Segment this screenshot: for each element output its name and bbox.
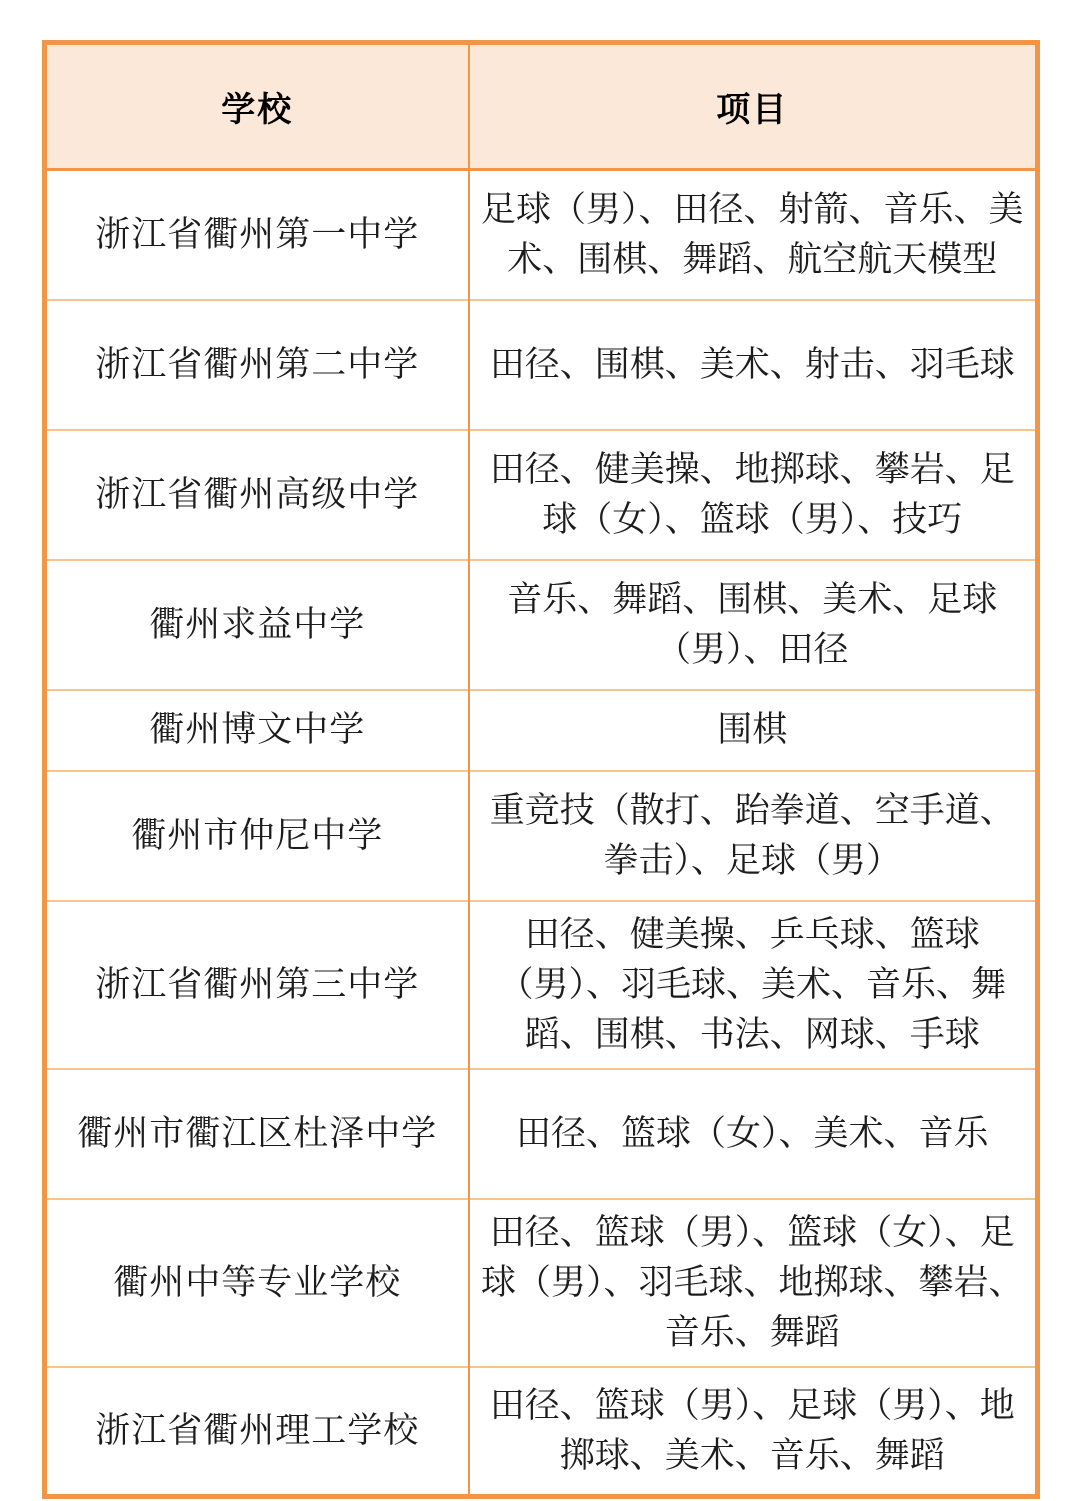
column-header-school: 学校 bbox=[45, 43, 469, 170]
school-cell: 浙江省衢州第三中学 bbox=[45, 901, 469, 1069]
table-row: 衢州市衢江区杜泽中学 田径、篮球（女）、美术、音乐 bbox=[45, 1069, 1038, 1199]
table-row: 衢州求益中学 音乐、舞蹈、围棋、美术、足球（男）、田径 bbox=[45, 560, 1038, 690]
table-row: 浙江省衢州理工学校 田径、篮球（男）、足球（男）、地掷球、美术、音乐、舞蹈 bbox=[45, 1367, 1038, 1497]
school-cell: 浙江省衢州高级中学 bbox=[45, 430, 469, 560]
table-row: 浙江省衢州第三中学 田径、健美操、乒乓球、篮球（男）、羽毛球、美术、音乐、舞蹈、… bbox=[45, 901, 1038, 1069]
table-row: 浙江省衢州第一中学 足球（男）、田径、射箭、音乐、美术、围棋、舞蹈、航空航天模型 bbox=[45, 170, 1038, 300]
school-cell: 浙江省衢州第一中学 bbox=[45, 170, 469, 300]
school-programs-table: 学校 项目 浙江省衢州第一中学 足球（男）、田径、射箭、音乐、美术、围棋、舞蹈、… bbox=[42, 40, 1040, 1499]
school-cell: 衢州博文中学 bbox=[45, 690, 469, 771]
programs-cell: 重竞技（散打、跆拳道、空手道、拳击）、足球（男） bbox=[469, 771, 1038, 901]
table-row: 衢州中等专业学校 田径、篮球（男）、篮球（女）、足球（男）、羽毛球、地掷球、攀岩… bbox=[45, 1199, 1038, 1367]
school-cell: 衢州市衢江区杜泽中学 bbox=[45, 1069, 469, 1199]
programs-cell: 田径、健美操、乒乓球、篮球（男）、羽毛球、美术、音乐、舞蹈、围棋、书法、网球、手… bbox=[469, 901, 1038, 1069]
table-row: 衢州博文中学 围棋 bbox=[45, 690, 1038, 771]
school-cell: 衢州中等专业学校 bbox=[45, 1199, 469, 1367]
programs-cell: 田径、篮球（男）、篮球（女）、足球（男）、羽毛球、地掷球、攀岩、音乐、舞蹈 bbox=[469, 1199, 1038, 1367]
programs-cell: 音乐、舞蹈、围棋、美术、足球（男）、田径 bbox=[469, 560, 1038, 690]
programs-cell: 足球（男）、田径、射箭、音乐、美术、围棋、舞蹈、航空航天模型 bbox=[469, 170, 1038, 300]
programs-cell: 田径、健美操、地掷球、攀岩、足球（女）、篮球（男）、技巧 bbox=[469, 430, 1038, 560]
table-row: 衢州市仲尼中学 重竞技（散打、跆拳道、空手道、拳击）、足球（男） bbox=[45, 771, 1038, 901]
programs-cell: 围棋 bbox=[469, 690, 1038, 771]
programs-cell: 田径、篮球（男）、足球（男）、地掷球、美术、音乐、舞蹈 bbox=[469, 1367, 1038, 1497]
programs-cell: 田径、围棋、美术、射击、羽毛球 bbox=[469, 300, 1038, 430]
school-programs-table-container: 学校 项目 浙江省衢州第一中学 足球（男）、田径、射箭、音乐、美术、围棋、舞蹈、… bbox=[42, 40, 1040, 1499]
school-cell: 衢州市仲尼中学 bbox=[45, 771, 469, 901]
school-cell: 浙江省衢州理工学校 bbox=[45, 1367, 469, 1497]
table-header: 学校 项目 bbox=[45, 43, 1038, 170]
header-row: 学校 项目 bbox=[45, 43, 1038, 170]
programs-cell: 田径、篮球（女）、美术、音乐 bbox=[469, 1069, 1038, 1199]
table-row: 浙江省衢州第二中学 田径、围棋、美术、射击、羽毛球 bbox=[45, 300, 1038, 430]
table-row: 浙江省衢州高级中学 田径、健美操、地掷球、攀岩、足球（女）、篮球（男）、技巧 bbox=[45, 430, 1038, 560]
school-cell: 浙江省衢州第二中学 bbox=[45, 300, 469, 430]
table-body: 浙江省衢州第一中学 足球（男）、田径、射箭、音乐、美术、围棋、舞蹈、航空航天模型… bbox=[45, 170, 1038, 1497]
school-cell: 衢州求益中学 bbox=[45, 560, 469, 690]
column-header-programs: 项目 bbox=[469, 43, 1038, 170]
